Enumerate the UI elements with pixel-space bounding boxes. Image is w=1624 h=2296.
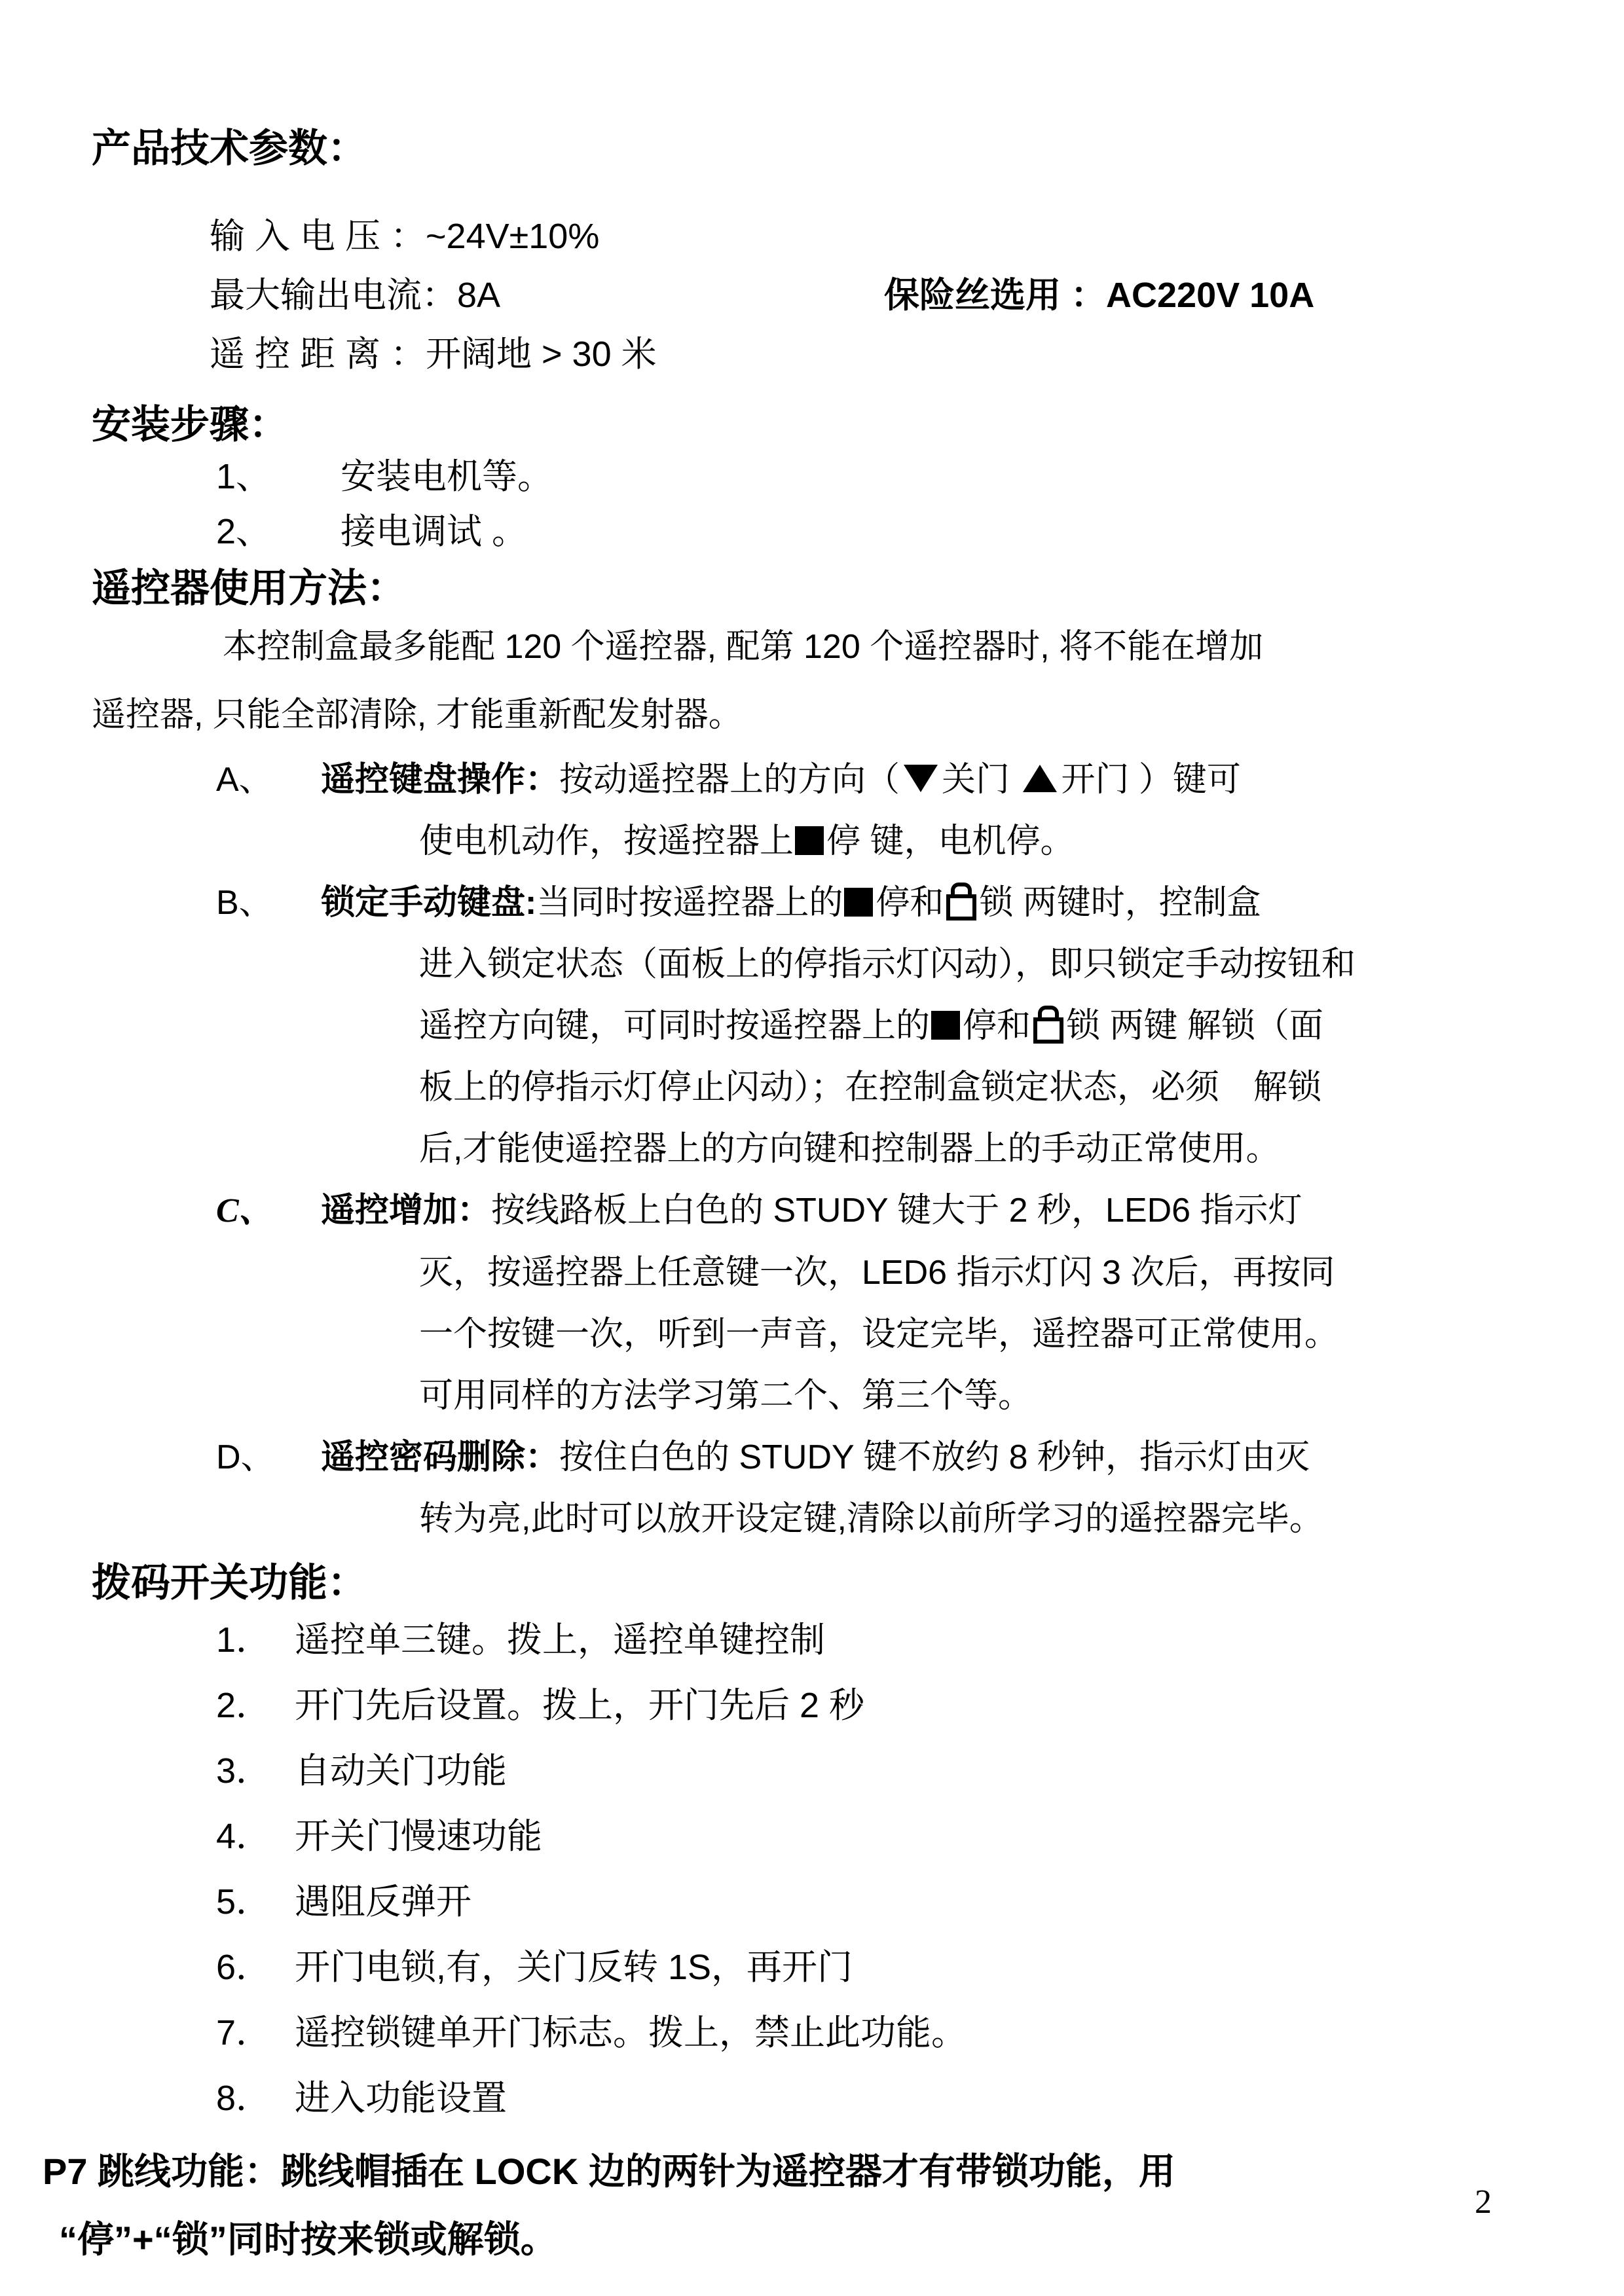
p7-jumper-section: P7 跳线功能：跳线帽插在 LOCK 边的两针为遥控器才有带锁功能，用 “停”+… (43, 2138, 1624, 2274)
dip-item-2: 2．开门先后设置。拨上，开门先后 2 秒 (216, 1673, 1624, 1738)
dip-number: 3． (216, 1738, 295, 1804)
item-c: C、遥控增加：按线路板上白色的 STUDY 键大于 2 秒，LED6 指示灯 灭… (0, 1180, 1624, 1427)
step-text: 接电调试 。 (341, 512, 527, 551)
text-segment: 按线路板上白色的 STUDY 键大于 2 秒，LED6 指示灯 (491, 1192, 1302, 1230)
item-c-line-1: C、遥控增加：按线路板上白色的 STUDY 键大于 2 秒，LED6 指示灯 (419, 1180, 1545, 1242)
item-b-label: B、 (216, 872, 321, 934)
item-b-line-3: 遥控方向键，可同时按遥控器上的停和锁 两键 解锁（面 (419, 995, 1545, 1057)
item-b-line-1: B、锁定手动键盘:当同时按遥控器上的停和锁 两键时，控制盒 (419, 872, 1545, 934)
step-number: 2、 (216, 504, 341, 559)
install-step-1: 1、安装电机等。 (216, 449, 1624, 504)
dip-item-4: 4．开关门慢速功能 (216, 1804, 1624, 1869)
text-segment: 按住白色的 STUDY 键不放约 8 秒钟，指示灯由灭 (559, 1438, 1310, 1476)
page-number: 2 (1475, 2185, 1492, 2219)
dip-text: 开门电锁,有，关门反转 1S，再开门 (295, 1948, 853, 1987)
item-d: D、遥控密码删除：按住白色的 STUDY 键不放约 8 秒钟，指示灯由灭 转为亮… (0, 1427, 1624, 1550)
remote-intro-line-2: 遥控器, 只能全部清除, 才能重新配发射器。 (92, 681, 1624, 749)
step-text: 安装电机等。 (341, 457, 553, 496)
param-label: 最大输出电流： (210, 276, 457, 315)
remote-usage-title: 遥控器使用方法： (92, 564, 1624, 613)
item-d-line-1: D、遥控密码删除：按住白色的 STUDY 键不放约 8 秒钟，指示灯由灭 (419, 1427, 1545, 1488)
item-a-title: 遥控键盘操作： (321, 761, 559, 799)
dip-switch-title: 拨码开关功能： (92, 1559, 1624, 1607)
item-a-line-2: 使电机动作，按遥控器上停 键，电机停。 (419, 811, 1545, 872)
item-d-label: D、 (216, 1427, 321, 1488)
dip-text: 开关门慢速功能 (295, 1817, 542, 1856)
param-value: 8A (457, 276, 500, 315)
stop-icon (844, 888, 873, 917)
param-row-remote-distance: 遥 控 距 离 ：开阔地 > 30 米 (210, 325, 1624, 384)
dip-item-3: 3．自动关门功能 (216, 1738, 1624, 1804)
dip-number: 2． (216, 1673, 295, 1738)
p7-line-2: “停”+“锁”同时按来锁或解锁。 (43, 2206, 1624, 2274)
item-a: A、遥控键盘操作：按动遥控器上的方向（关门 开门 ）键可 使电机动作，按遥控器上… (0, 749, 1624, 872)
item-d-line-2: 转为亮,此时可以放开设定键,清除以前所学习的遥控器完毕。 (419, 1488, 1545, 1550)
item-b-line-5: 后,才能使遥控器上的方向键和控制器上的手动正常使用。 (419, 1118, 1545, 1180)
item-c-title: 遥控增加： (321, 1192, 491, 1230)
item-d-title: 遥控密码删除： (321, 1438, 559, 1476)
param-label: 遥 控 距 离 ： (210, 335, 426, 374)
fuse-label: 保险丝选用 ： (884, 276, 1106, 315)
text-segment: 按动遥控器上的方向（ (559, 761, 900, 799)
manual-page: 产品技术参数： 输 入 电 压 ：~24V±10% 最大输出电流：8A保险丝选用… (0, 0, 1624, 2296)
lock-icon (946, 883, 976, 920)
lock-icon (1033, 1006, 1063, 1044)
dip-item-5: 5．遇阻反弹开 (216, 1869, 1624, 1935)
tech-params-title: 产品技术参数： (92, 124, 1624, 173)
text-segment: 当同时按遥控器上的 (536, 884, 843, 922)
dip-text: 自动关门功能 (295, 1751, 507, 1791)
stop-icon (931, 1011, 960, 1040)
dip-item-6: 6．开门电锁,有，关门反转 1S，再开门 (216, 1935, 1624, 2000)
dip-text: 遇阻反弹开 (295, 1882, 471, 1922)
text-segment: 遥控方向键，可同时按遥控器上的 (419, 1007, 930, 1045)
item-b: B、锁定手动键盘:当同时按遥控器上的停和锁 两键时，控制盒 进入锁定状态（面板上… (0, 872, 1624, 1180)
text-segment: 锁 两键时，控制盒 (979, 884, 1261, 922)
step-number: 1、 (216, 449, 341, 504)
dip-text: 开门先后设置。拨上，开门先后 2 秒 (295, 1686, 864, 1725)
item-c-line-4: 可用同样的方法学习第二个、第三个等。 (419, 1365, 1545, 1427)
param-row-input-voltage: 输 入 电 压 ：~24V±10% (210, 207, 1624, 266)
text-segment: 关门 (942, 761, 1019, 799)
param-label: 输 入 电 压 ： (210, 217, 426, 256)
fuse-spec: 保险丝选用 ：AC220V 10A (884, 276, 1314, 315)
text-segment: 停和 (963, 1007, 1031, 1045)
dip-text: 进入功能设置 (295, 2079, 507, 2118)
dip-text: 遥控锁键单开门标志。拨上，禁止此功能。 (295, 2013, 967, 2052)
dip-number: 6． (216, 1935, 295, 2000)
dip-number: 4． (216, 1804, 295, 1869)
dip-number: 1． (216, 1607, 295, 1673)
param-value: ~24V±10% (426, 217, 599, 256)
dip-item-1: 1．遥控单三键。拨上，遥控单键控制 (216, 1607, 1624, 1673)
item-c-line-2: 灭，按遥控器上任意键一次，LED6 指示灯闪 3 次后，再按同 (419, 1242, 1545, 1303)
install-step-2: 2、接电调试 。 (216, 504, 1624, 559)
text-segment: 停 键，电机停。 (826, 822, 1074, 860)
text-segment: 开门 ）键可 (1061, 761, 1240, 799)
item-b-line-4: 板上的停指示灯停止闪动）；在控制盒锁定状态，必须 解锁 (419, 1057, 1545, 1118)
item-b-title: 锁定手动键盘: (321, 884, 536, 922)
item-c-line-3: 一个按键一次，听到一声音，设定完毕，遥控器可正常使用。 (419, 1303, 1545, 1365)
dip-number: 5． (216, 1869, 295, 1935)
text-segment: 锁 两键 解锁（面 (1066, 1007, 1323, 1045)
install-steps-title: 安装步骤： (92, 401, 1624, 449)
remote-intro-line-1: 本控制盒最多能配 120 个遥控器, 配第 120 个遥控器时, 将不能在增加 (223, 613, 1624, 681)
param-row-max-current: 最大输出电流：8A保险丝选用 ：AC220V 10A (210, 266, 1624, 325)
dip-text: 遥控单三键。拨上，遥控单键控制 (295, 1620, 825, 1660)
item-a-label: A、 (216, 749, 321, 811)
fuse-value: AC220V 10A (1106, 276, 1314, 315)
tech-params-list: 输 入 电 压 ：~24V±10% 最大输出电流：8A保险丝选用 ：AC220V… (210, 207, 1624, 384)
stop-icon (795, 826, 824, 855)
dip-number: 7． (216, 2000, 295, 2066)
dip-item-7: 7．遥控锁键单开门标志。拨上，禁止此功能。 (216, 2000, 1624, 2066)
dip-number: 8． (216, 2066, 295, 2131)
dip-item-8: 8．进入功能设置 (216, 2066, 1624, 2131)
text-segment: 停和 (876, 884, 944, 922)
param-main: 最大输出电流：8A (210, 266, 884, 325)
open-door-icon (1023, 765, 1057, 792)
text-segment: 使电机动作，按遥控器上 (419, 822, 794, 860)
param-value: 开阔地 > 30 米 (426, 335, 657, 374)
close-door-icon (904, 765, 938, 792)
p7-line-1: P7 跳线功能：跳线帽插在 LOCK 边的两针为遥控器才有带锁功能，用 (43, 2138, 1624, 2206)
item-a-line-1: A、遥控键盘操作：按动遥控器上的方向（关门 开门 ）键可 (419, 749, 1545, 811)
item-c-label: C、 (216, 1180, 321, 1242)
item-b-line-2: 进入锁定状态（面板上的停指示灯闪动），即只锁定手动按钮和 (419, 934, 1545, 995)
